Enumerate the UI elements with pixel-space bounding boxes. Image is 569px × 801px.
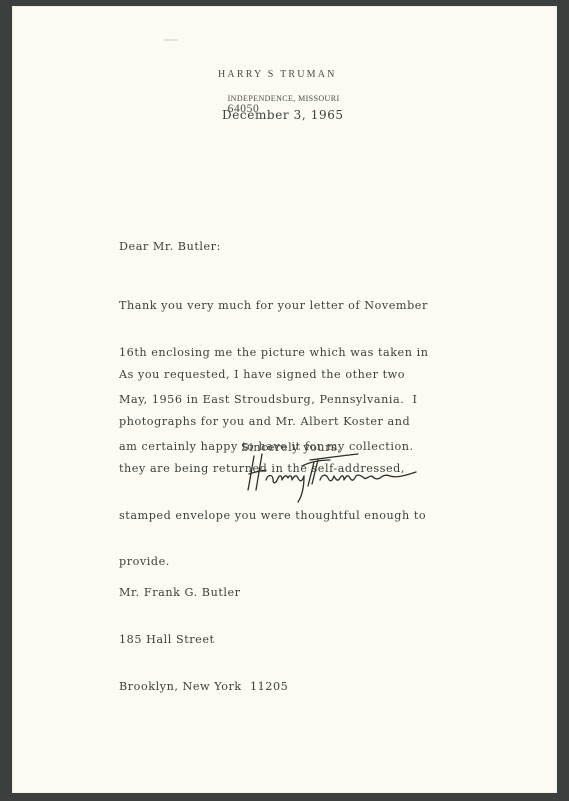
body-line: stamped envelope you were thoughtful eno… — [119, 508, 426, 524]
letterhead-city-state: INDEPENDENCE, MISSOURI — [228, 94, 340, 103]
body-line: Thank you very much for your letter of N… — [119, 298, 428, 314]
recipient-address: Mr. Frank G. Butler 185 Hall Street Broo… — [119, 554, 288, 726]
recipient-street: 185 Hall Street — [119, 632, 288, 648]
salutation: Dear Mr. Butler: — [119, 239, 221, 255]
body-line: As you requested, I have signed the othe… — [119, 367, 426, 383]
letterhead-name: HARRY S TRUMAN — [218, 69, 337, 80]
body-line: photographs for you and Mr. Albert Koste… — [119, 414, 426, 430]
letter-page: HARRY S TRUMAN INDEPENDENCE, MISSOURI 64… — [12, 6, 557, 793]
recipient-city: Brooklyn, New York 11205 — [119, 679, 288, 695]
letter-date: December 3, 1965 — [222, 108, 344, 122]
signature-icon — [240, 446, 425, 504]
paper-smudge — [164, 39, 178, 41]
recipient-name: Mr. Frank G. Butler — [119, 585, 288, 601]
